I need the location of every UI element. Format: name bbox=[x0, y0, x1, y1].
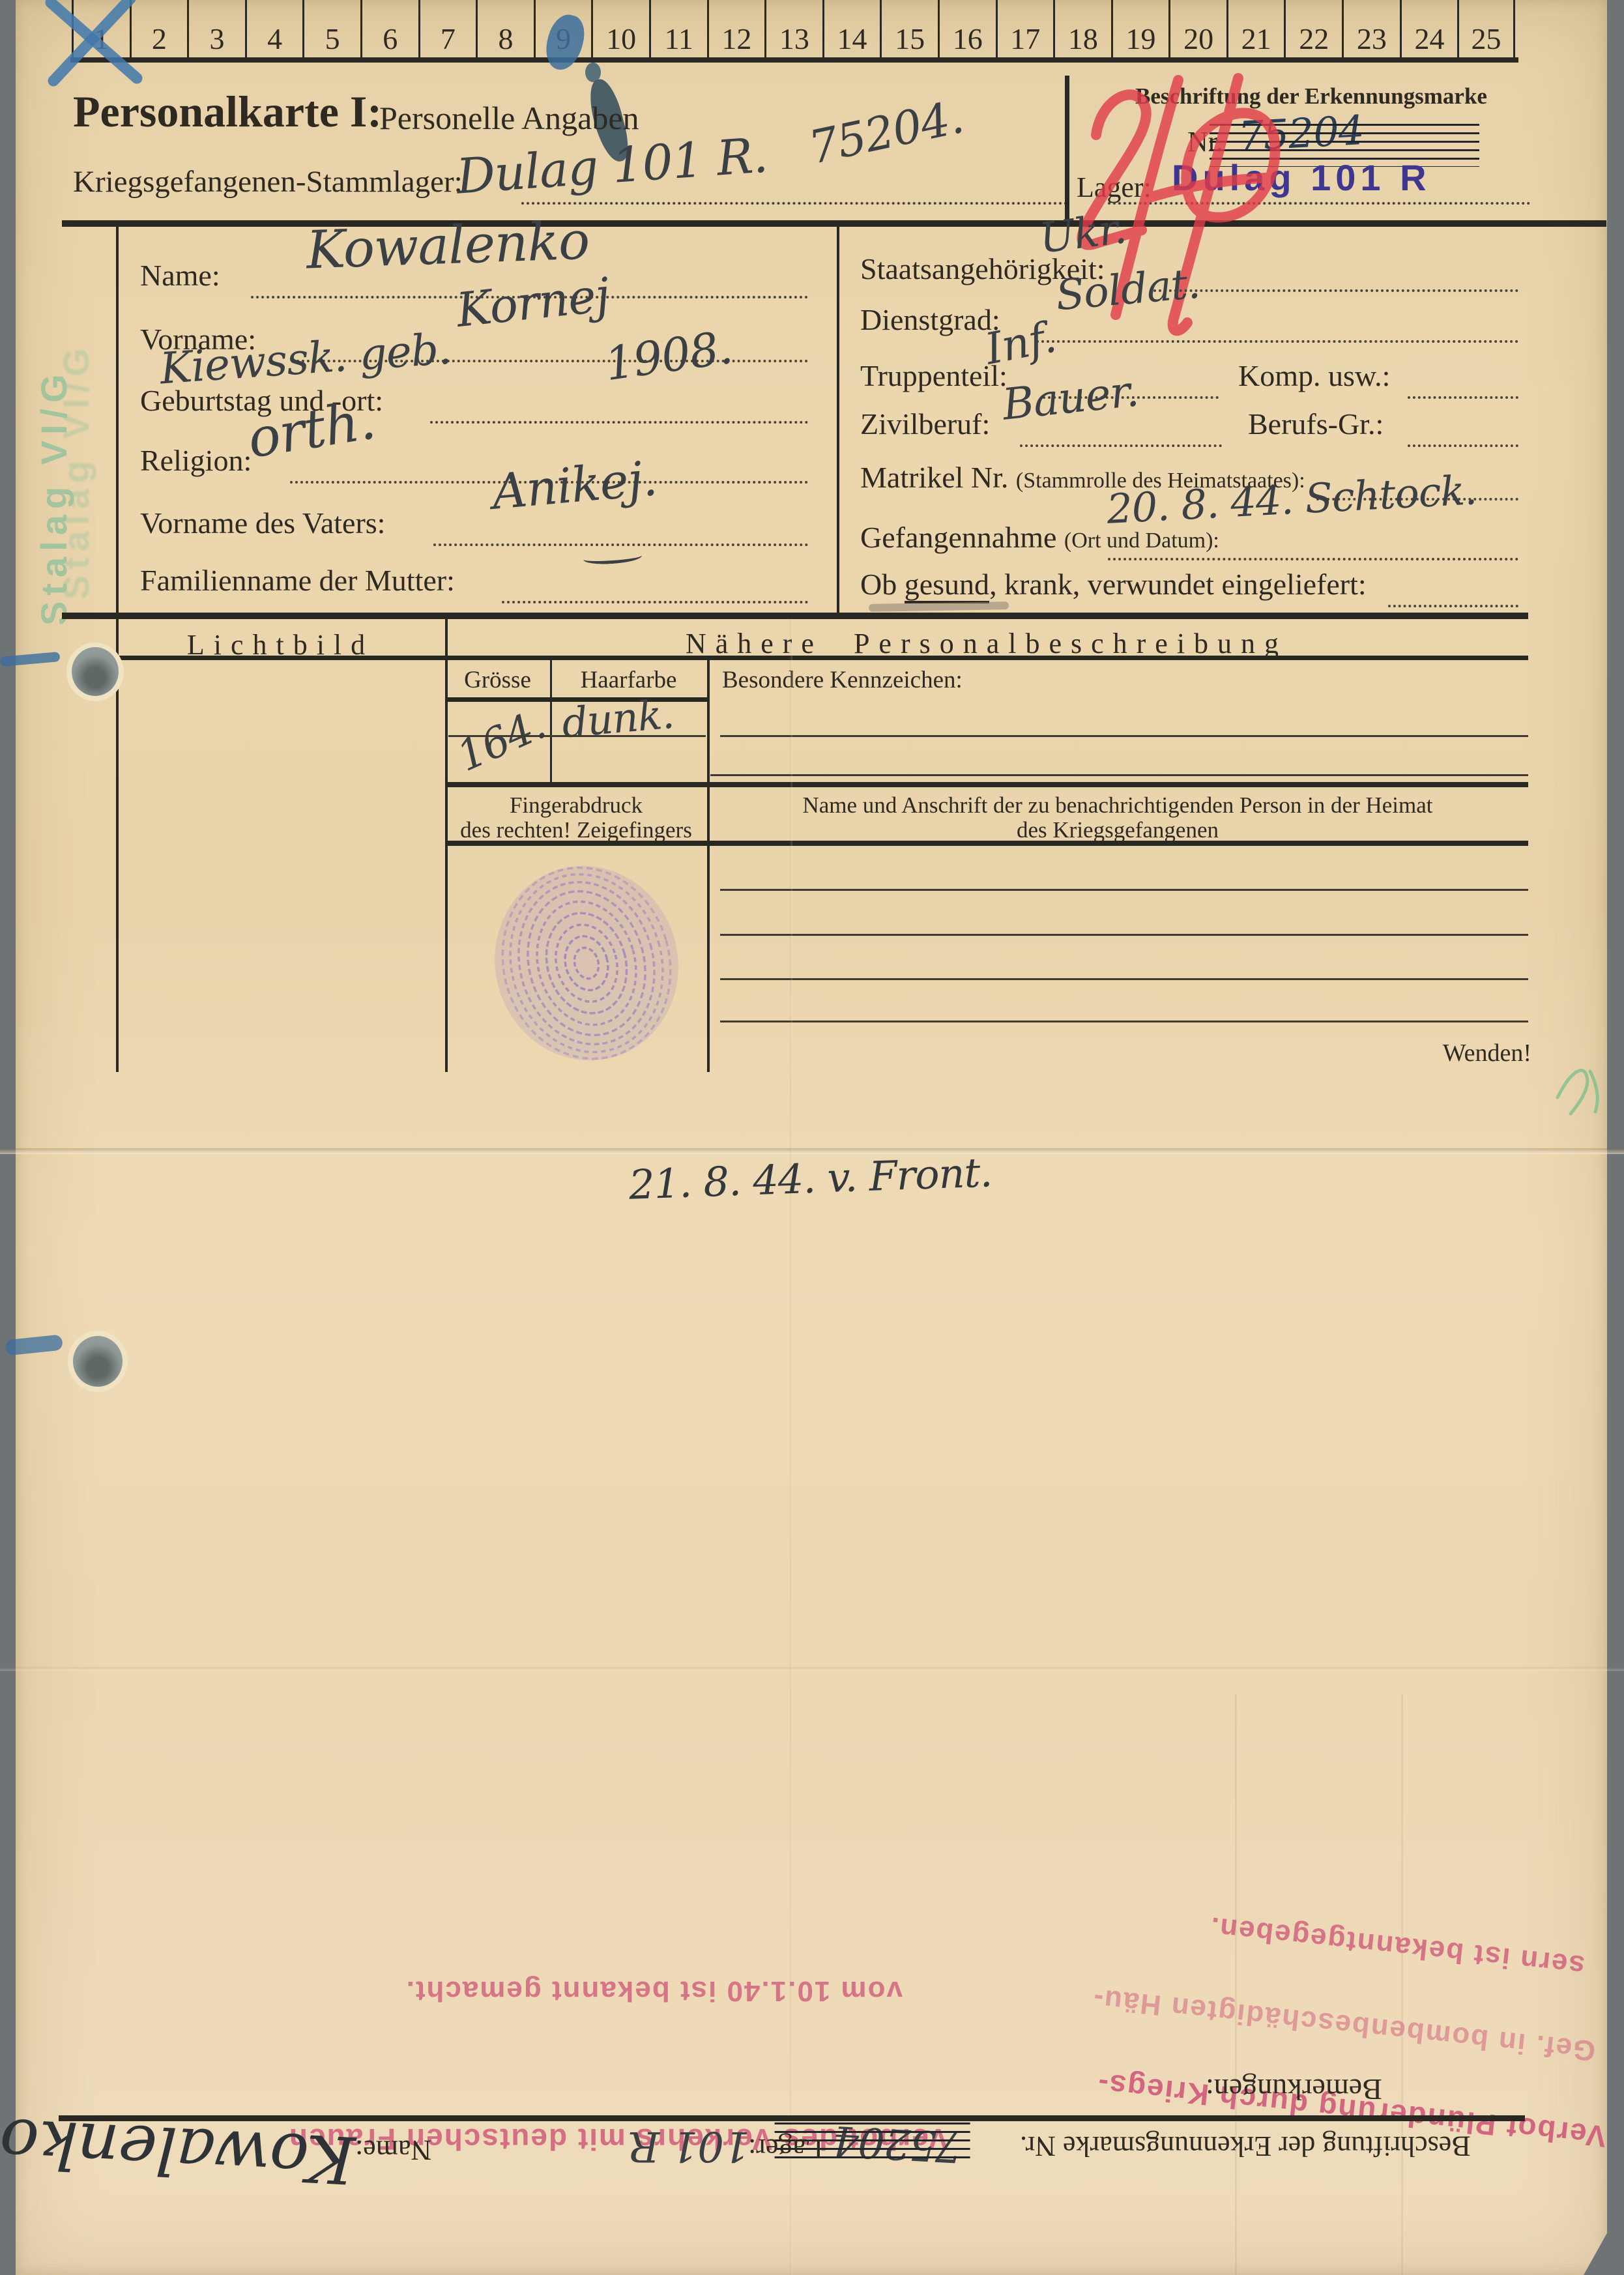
stamp-line: vom 10.1.40 ist bekannt gemacht. bbox=[121, 1975, 948, 2007]
field-label-gesund: Ob gesund, krank, verwundet eingeliefert… bbox=[860, 567, 1367, 601]
bottom-beschriftung-label: Beschriftung der Erkennungsmarke Nr. bbox=[1020, 2130, 1471, 2163]
ruler-cell: 10 bbox=[591, 0, 649, 59]
ruler-cell: 17 bbox=[996, 0, 1054, 59]
column-divider-line bbox=[837, 227, 839, 613]
bottom-nr-value: 75204 bbox=[833, 2119, 963, 2167]
field-value-name: Kowalenko bbox=[306, 210, 590, 280]
haarfarbe-value: dunk. bbox=[560, 690, 676, 747]
contact-line-2 bbox=[720, 934, 1528, 936]
index-ruler: 1 2 3 4 5 6 7 8 9 10 11 12 13 14 15 16 1… bbox=[72, 0, 1515, 59]
ruler-cell: 6 bbox=[360, 0, 418, 59]
contact-header-2: des Kriegsgefangenen bbox=[707, 817, 1528, 843]
fingerprint-header-2: des rechten! Zeigefingers bbox=[445, 817, 707, 843]
field-label-truppenteil: Truppenteil: bbox=[860, 358, 1008, 393]
ruler-cell: 7 bbox=[418, 0, 476, 59]
ruler-cell: 19 bbox=[1111, 0, 1169, 59]
field-label-mutter: Familienname der Mutter: bbox=[140, 563, 455, 598]
header-rule bbox=[62, 220, 1606, 227]
fingerprint-header-1: Fingerabdruck bbox=[445, 792, 707, 819]
bottom-lager-value: 101 R bbox=[629, 2122, 750, 2170]
contact-line-1 bbox=[720, 889, 1528, 891]
contact-header-1: Name und Anschrift der zu benachrichtige… bbox=[707, 792, 1528, 819]
kennzeichen-line-1 bbox=[720, 735, 1528, 737]
ruler-cell: 13 bbox=[764, 0, 822, 59]
ruler-cell: 23 bbox=[1342, 0, 1400, 59]
kennzeichen-divider bbox=[707, 659, 710, 1072]
bemerkungen-label: Bemerkungen: bbox=[1206, 2072, 1382, 2107]
page-title: Personalkarte I: bbox=[73, 86, 382, 138]
ruler-cell: 16 bbox=[938, 0, 996, 59]
ruler-cell: 15 bbox=[880, 0, 938, 59]
ruler-cell: 8 bbox=[476, 0, 534, 59]
bottom-name-label: Name: bbox=[355, 2134, 431, 2167]
ruler-cell: 5 bbox=[302, 0, 360, 59]
ruler-cell: 18 bbox=[1053, 0, 1111, 59]
ruler-cell: 20 bbox=[1168, 0, 1226, 59]
contact-line-3 bbox=[720, 978, 1528, 980]
stammlager-label: Kriegsgefangenen-Stammlager: bbox=[73, 164, 463, 199]
fingerprint-header-top-rule bbox=[445, 782, 1528, 787]
stalag-stamp: Stalag VI/G bbox=[33, 104, 75, 626]
field-label-name: Name: bbox=[140, 258, 220, 293]
fingerprint-image bbox=[476, 859, 697, 1067]
wenden-label: Wenden! bbox=[1414, 1039, 1531, 1067]
table-header-rule bbox=[116, 656, 1528, 660]
ink-spot bbox=[585, 63, 601, 82]
ruler-cell: 3 bbox=[187, 0, 245, 59]
green-scribble bbox=[1550, 1057, 1615, 1119]
ruler-cell: 22 bbox=[1284, 0, 1342, 59]
field-label-dienstgrad: Dienstgrad: bbox=[860, 302, 1000, 337]
stamp-line: Gef. in bombenbeschädigten Häu- bbox=[1030, 1975, 1616, 2069]
ruler-cell: 24 bbox=[1400, 0, 1458, 59]
page-subtitle: Personelle Angaben bbox=[379, 99, 639, 137]
kennzeichen-line-2 bbox=[710, 774, 1528, 776]
fold-crease-main bbox=[0, 1148, 1624, 1154]
stammlager-dotted-line bbox=[521, 199, 1067, 205]
field-label-zivilberuf: Zivilberuf: bbox=[860, 407, 990, 441]
cell-mid-line bbox=[448, 735, 706, 737]
ruler-cell: 21 bbox=[1226, 0, 1284, 59]
fingerprint-header-bottom-rule bbox=[445, 841, 1528, 846]
haarfarbe-label: Haarfarbe bbox=[550, 666, 707, 694]
fold-crease-secondary bbox=[0, 1667, 1624, 1671]
field-label-komp: Komp. usw.: bbox=[1238, 358, 1390, 393]
contact-line-4 bbox=[720, 1021, 1528, 1022]
kennzeichen-label: Besondere Kennzeichen: bbox=[722, 666, 963, 694]
field-label-berufsgr: Berufs-Gr.: bbox=[1248, 407, 1384, 441]
groesse-label: Grösse bbox=[445, 666, 550, 694]
ruler-cell: 11 bbox=[649, 0, 707, 59]
punch-hole-top bbox=[72, 647, 119, 696]
punch-hole-bottom bbox=[73, 1336, 123, 1387]
ruler-cell: 12 bbox=[707, 0, 765, 59]
blue-x-mark bbox=[39, 0, 156, 87]
field-label-religion: Religion: bbox=[140, 443, 252, 478]
ruler-cell: 14 bbox=[822, 0, 880, 59]
field-label-vater: Vorname des Vaters: bbox=[140, 506, 385, 540]
ruler-cell: 4 bbox=[245, 0, 303, 59]
bottom-lager-label: Lager: bbox=[748, 2132, 823, 2166]
table-top-rule bbox=[62, 613, 1528, 619]
ruler-cell: 25 bbox=[1457, 0, 1515, 59]
